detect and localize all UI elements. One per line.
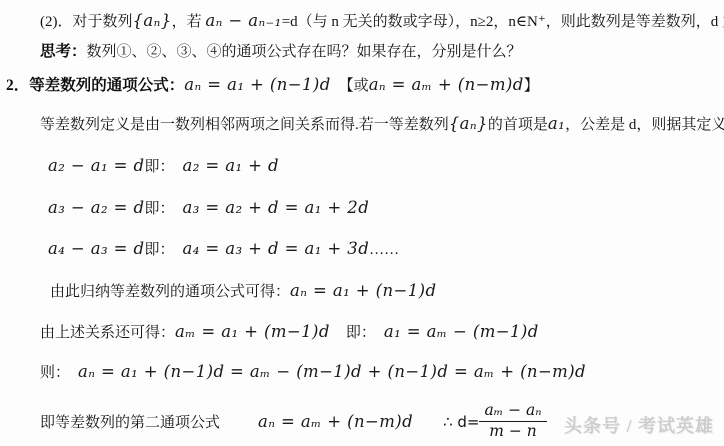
fraction-denominator: m − n: [489, 422, 537, 441]
text-run: =d（与 n 无关的数或字母），n≥2，n∈N⁺，则此数列是等差数列，d 为公差…: [282, 14, 724, 30]
watermark: 头条号 / 考试英雄: [564, 412, 714, 438]
line11-second-formula: 即等差数列的第二通项公式aₙ = aₘ + (n−m)d∴ d=aₘ − aₙm…: [40, 406, 547, 441]
line5-step-a2: a₂ − a₁ = d即：a₂ = a₁ + d: [48, 154, 279, 179]
think-label: 思考：: [40, 43, 87, 60]
line6-step-a3: a₃ − a₂ = d即：a₃ = a₂ + d = a₁ + 2d: [48, 196, 369, 221]
line8-general-formula: 由此归纳等差数列的通项公式可得：aₙ = a₁ + (n−1)d: [50, 279, 436, 304]
text-run: 由上述关系还可得：: [40, 325, 175, 341]
line10-substitution: 则：aₙ = a₁ + (n−1)d = aₘ − (m−1)d + (n−1)…: [40, 360, 586, 385]
math-run: {aₙ}: [133, 11, 172, 30]
text-run: 等差数列定义是由一数列相邻两项之间关系而得.若一等差数列: [40, 117, 449, 133]
math-run: a₃ = a₂ + d = a₁ + 2d: [183, 198, 370, 217]
math-run: a₄ − a₃ = d: [48, 239, 145, 258]
text-run: (2)．对于数列: [40, 14, 133, 30]
math-run: aₙ = aₘ + (n−m)d: [369, 75, 524, 94]
fraction-numerator: aₘ − aₙ: [479, 402, 546, 422]
math-run: aₙ = a₁ + (n−1)d: [290, 281, 436, 300]
text-run: 的首项是: [488, 117, 548, 133]
line4-derivation-intro: 等差数列定义是由一数列相邻两项之间关系而得.若一等差数列{aₙ}的首项是a₁，公…: [40, 112, 724, 137]
line7-step-a4: a₄ − a₃ = d即：a₄ = a₃ + d = a₁ + 3d……: [48, 237, 399, 262]
math-run: aₙ − aₙ₋₁: [205, 11, 281, 30]
line2-think-question: 思考：数列①、②、③、④的通项公式存在吗？如果存在，分别是什么？: [40, 40, 522, 64]
math-run: aₘ = a₁ + (m−1)d: [175, 322, 330, 341]
math-run: a₄ = a₃ + d = a₁ + 3d: [183, 239, 370, 258]
text-run: 由此归纳等差数列的通项公式可得：: [50, 284, 290, 300]
text-run: 【或: [339, 78, 369, 94]
text-run: ，若: [172, 14, 206, 30]
text-run: 即等差数列的第二通项公式: [40, 415, 220, 431]
fraction: aₘ − aₙm − n: [479, 402, 546, 441]
math-run: aₙ = a₁ + (n−1)d = aₘ − (m−1)d + (n−1)d …: [78, 362, 586, 381]
ellipsis: ……: [369, 242, 399, 258]
therefore-run: ∴ d=: [443, 413, 479, 431]
line3-section-heading: 2．等差数列的通项公式：aₙ = a₁ + (n−1)d【或aₙ = aₘ + …: [6, 73, 539, 98]
math-run: aₙ = a₁ + (n−1)d: [184, 75, 330, 94]
math-run: {aₙ}: [449, 114, 488, 133]
text-run: ，公差是 d，则据其定义可得：: [565, 117, 724, 133]
math-run: a₃ − a₂ = d: [48, 198, 145, 217]
math-run: a₁: [548, 114, 565, 133]
text-run: 即：: [145, 201, 175, 217]
text-run: 即：: [145, 159, 175, 175]
section-title: 2．等差数列的通项公式：: [6, 77, 184, 94]
text-run: 即：: [346, 325, 376, 341]
text-run: 】: [524, 78, 539, 94]
math-run: a₂ − a₁ = d: [48, 156, 145, 175]
document-page: (2)．对于数列{aₙ}，若 aₙ − aₙ₋₁=d（与 n 无关的数或字母），…: [0, 0, 724, 446]
math-run: aₙ = aₘ + (n−m)d: [258, 412, 413, 431]
math-run: a₂ = a₁ + d: [183, 156, 280, 175]
line1-sequence-definition: (2)．对于数列{aₙ}，若 aₙ − aₙ₋₁=d（与 n 无关的数或字母），…: [40, 9, 724, 34]
text-run: 则：: [40, 365, 70, 381]
text-run: 数列①、②、③、④的通项公式存在吗？如果存在，分别是什么？: [87, 44, 522, 60]
line9-relation: 由上述关系还可得：aₘ = a₁ + (m−1)d即：a₁ = aₘ − (m−…: [40, 320, 539, 345]
text-run: 即：: [145, 242, 175, 258]
math-run: a₁ = aₘ − (m−1)d: [384, 322, 539, 341]
